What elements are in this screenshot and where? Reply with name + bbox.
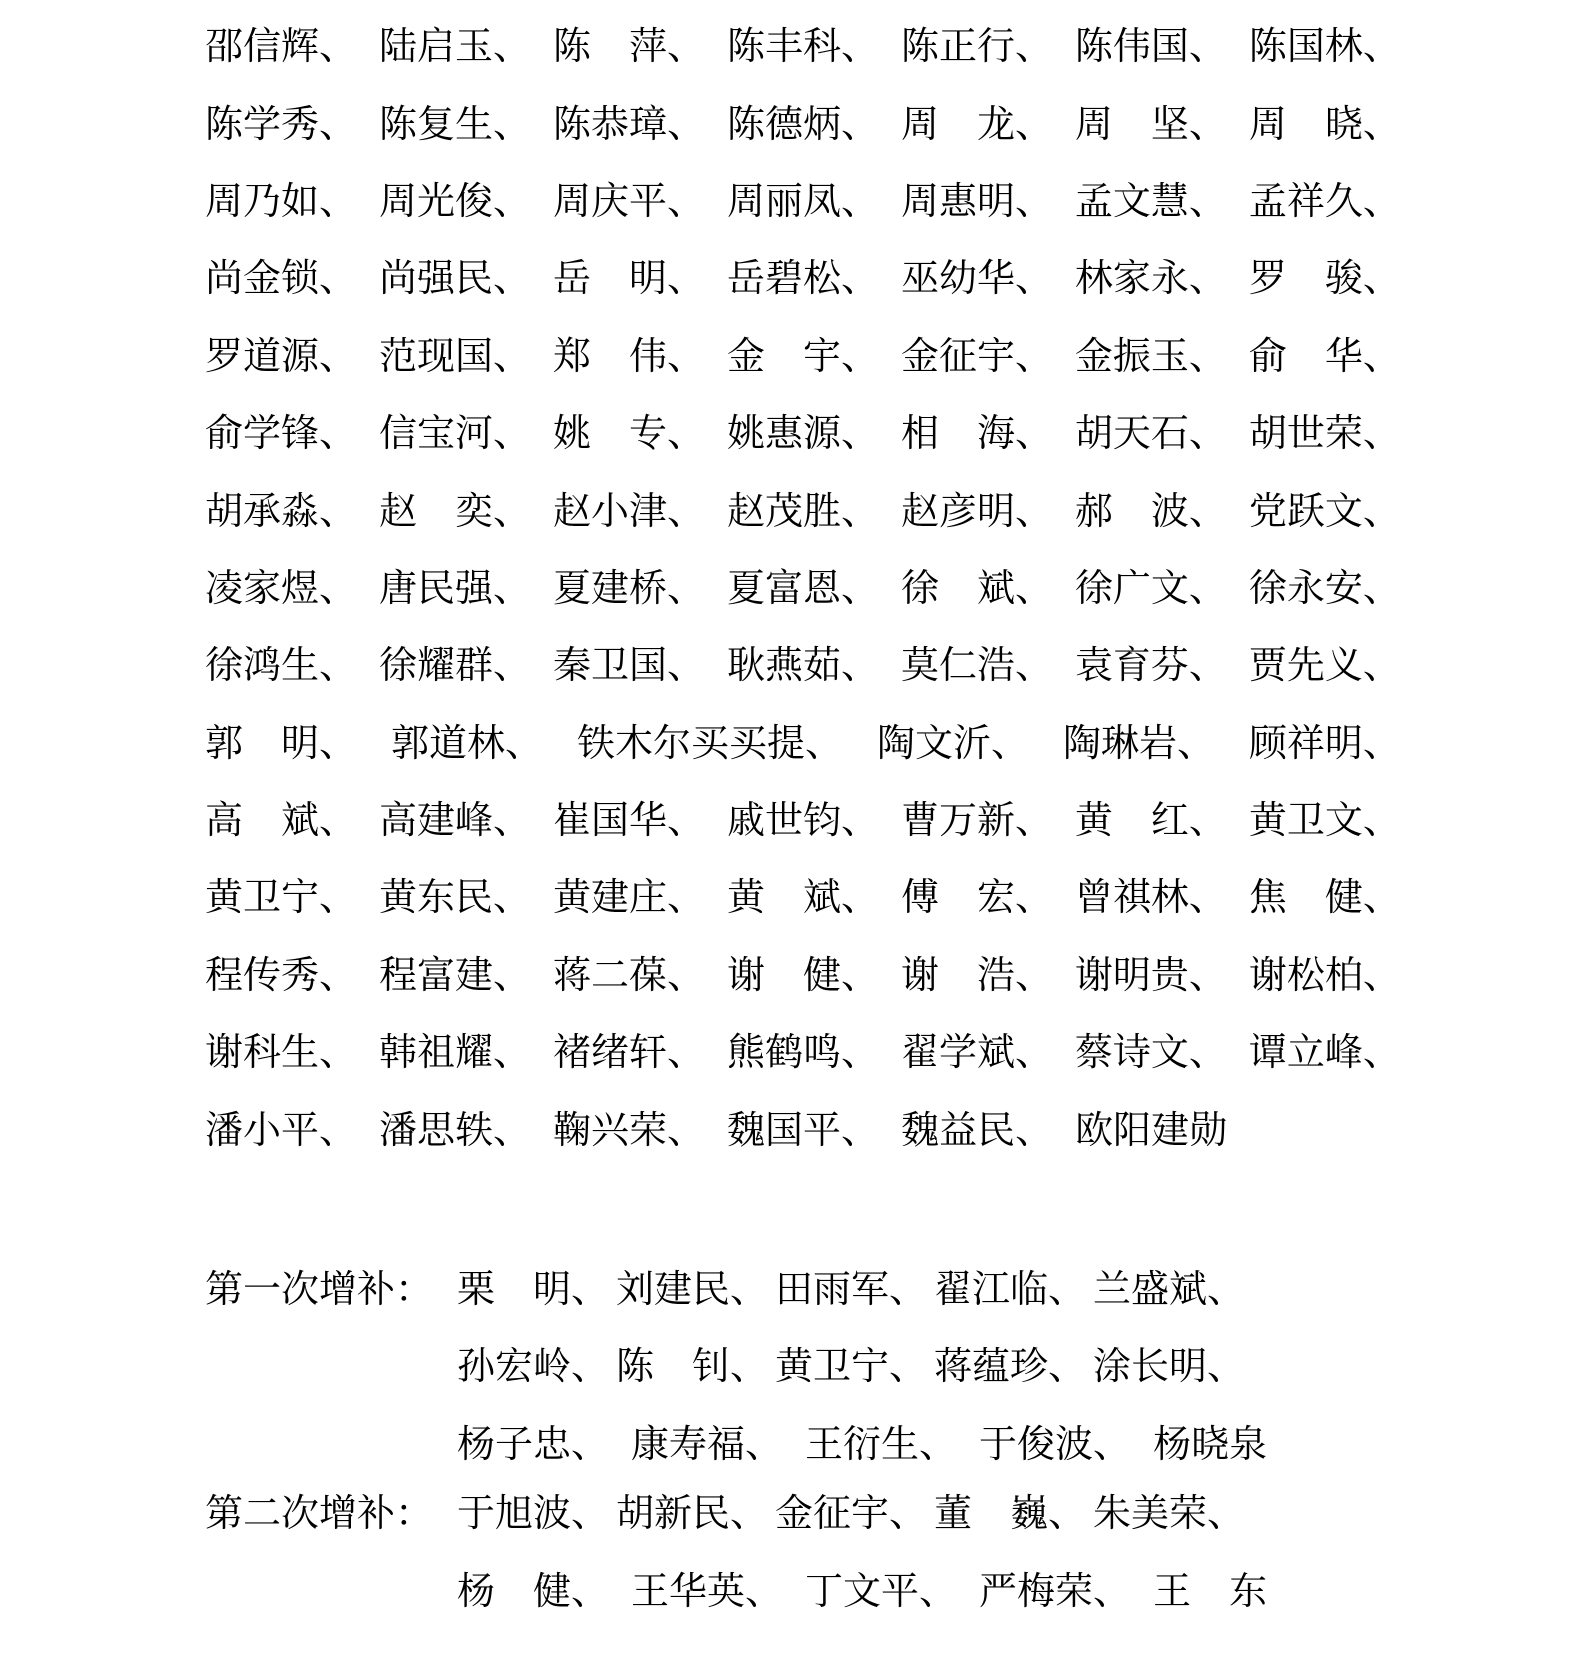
- name-list-line: 郭 明、郭道林、铁木尔买买提、陶文沂、陶琳岩、顾祥明、: [205, 701, 1401, 778]
- name-item: 相 海、: [901, 402, 1053, 457]
- name-item: 朱美荣、: [1093, 1482, 1245, 1537]
- name-item: 黄建庄、: [553, 866, 705, 921]
- name-item: 罗道源、: [205, 325, 357, 380]
- supplement-name-line: 栗 明、刘建民、田雨军、翟江临、兰盛斌、: [457, 1247, 1245, 1324]
- name-item: 翟学斌、: [901, 1021, 1053, 1076]
- name-item: 韩祖耀、: [379, 1021, 531, 1076]
- name-list-line: 程传秀、程富建、蒋二葆、谢 健、谢 浩、谢明贵、谢松柏、: [205, 933, 1401, 1010]
- name-item: 王 东: [1153, 1560, 1267, 1615]
- name-item: 徐 斌、: [901, 557, 1053, 612]
- supplement-name-line: 杨 健、王华英、丁文平、严梅荣、王 东: [457, 1548, 1245, 1625]
- name-item: 戚世钧、: [727, 789, 879, 844]
- expert-name-list: 邵信辉、陆启玉、陈 萍、陈丰科、陈正行、陈伟国、陈国林、 陈学秀、陈复生、陈恭璋…: [205, 4, 1401, 1165]
- name-item: 林家永、: [1075, 247, 1227, 302]
- name-item: 蒋二葆、: [553, 944, 705, 999]
- name-item: 胡天石、: [1075, 402, 1227, 457]
- name-item: 赵 奕、: [379, 480, 531, 535]
- name-item: 周 坚、: [1075, 93, 1227, 148]
- name-item: 岳 明、: [553, 247, 705, 302]
- name-item: 党跃文、: [1249, 480, 1401, 535]
- name-item: 蒋蕴珍、: [934, 1335, 1086, 1390]
- name-item: 焦 健、: [1249, 866, 1401, 921]
- name-item: 杨晓泉: [1153, 1413, 1267, 1468]
- name-item: 陈复生、: [379, 93, 531, 148]
- name-item: 王衍生、: [805, 1413, 957, 1468]
- name-item: 莫仁浩、: [901, 634, 1053, 689]
- name-item: 鞠兴荣、: [553, 1099, 705, 1154]
- name-item: 胡新民、: [616, 1482, 768, 1537]
- name-item: 谭立峰、: [1249, 1021, 1401, 1076]
- name-item: 谢松柏、: [1249, 944, 1401, 999]
- name-item: 岳碧松、: [727, 247, 879, 302]
- name-item: 潘小平、: [205, 1099, 357, 1154]
- name-item: 周乃如、: [205, 170, 357, 225]
- name-item: 郝 波、: [1075, 480, 1227, 535]
- name-item: 高 斌、: [205, 789, 357, 844]
- name-item: 杨 健、: [457, 1560, 609, 1615]
- name-item: 孟文慧、: [1075, 170, 1227, 225]
- name-item: 田雨军、: [775, 1258, 927, 1313]
- name-item: 周庆平、: [553, 170, 705, 225]
- name-item: 严梅荣、: [979, 1560, 1131, 1615]
- name-list-line: 凌家煜、唐民强、夏建桥、夏富恩、徐 斌、徐广文、徐永安、: [205, 546, 1401, 623]
- name-item: 郭道林、: [391, 712, 543, 767]
- name-item: 赵彦明、: [901, 480, 1053, 535]
- name-item: 陈学秀、: [205, 93, 357, 148]
- name-item: 董 巍、: [934, 1482, 1086, 1537]
- name-item: 陈正行、: [901, 15, 1053, 70]
- name-list-line: 尚金锁、尚强民、岳 明、岳碧松、巫幼华、林家永、罗 骏、: [205, 236, 1401, 313]
- name-item: 徐永安、: [1249, 557, 1401, 612]
- name-item: 胡承淼、: [205, 480, 357, 535]
- name-item: 陈 萍、: [553, 15, 705, 70]
- name-item: 夏富恩、: [727, 557, 879, 612]
- name-item: 邵信辉、: [205, 15, 357, 70]
- name-item: 曾祺林、: [1075, 866, 1227, 921]
- name-item: 欧阳建勋: [1075, 1099, 1227, 1154]
- name-item: 程传秀、: [205, 944, 357, 999]
- name-item: 杨子忠、: [457, 1413, 609, 1468]
- name-item: 姚惠源、: [727, 402, 879, 457]
- name-item: 巫幼华、: [901, 247, 1053, 302]
- name-item: 黄卫宁、: [775, 1335, 927, 1390]
- second-supplement-names: 于旭波、胡新民、金征宇、董 巍、朱美荣、 杨 健、王华英、丁文平、严梅荣、王 东: [457, 1471, 1401, 1626]
- name-item: 蔡诗文、: [1075, 1021, 1227, 1076]
- name-item: 陶文沂、: [877, 712, 1029, 767]
- name-item: 尚金锁、: [205, 247, 357, 302]
- name-list-line: 黄卫宁、黄东民、黄建庄、黄 斌、傅 宏、曾祺林、焦 健、: [205, 855, 1401, 932]
- name-item: 赵小津、: [553, 480, 705, 535]
- name-list-line: 俞学锋、信宝河、姚 专、姚惠源、相 海、胡天石、胡世荣、: [205, 391, 1401, 468]
- name-item: 陈德炳、: [727, 93, 879, 148]
- name-item: 尚强民、: [379, 247, 531, 302]
- document-page: 邵信辉、陆启玉、陈 萍、陈丰科、陈正行、陈伟国、陈国林、 陈学秀、陈复生、陈恭璋…: [205, 4, 1401, 1626]
- name-item: 铁木尔买买提、: [577, 712, 843, 767]
- name-item: 凌家煜、: [205, 557, 357, 612]
- name-item: 褚绪轩、: [553, 1021, 705, 1076]
- name-item: 陈 钊、: [616, 1335, 768, 1390]
- supplement-name-line: 杨子忠、康寿福、王衍生、于俊波、杨晓泉: [457, 1402, 1245, 1479]
- name-list-line: 谢科生、韩祖耀、褚绪轩、熊鹤鸣、翟学斌、蔡诗文、谭立峰、: [205, 1010, 1401, 1087]
- name-item: 孙宏岭、: [457, 1335, 609, 1390]
- name-item: 翟江临、: [934, 1258, 1086, 1313]
- name-list-line: 陈学秀、陈复生、陈恭璋、陈德炳、周 龙、周 坚、周 晓、: [205, 81, 1401, 158]
- name-item: 信宝河、: [379, 402, 531, 457]
- name-item: 傅 宏、: [901, 866, 1053, 921]
- name-item: 黄卫文、: [1249, 789, 1401, 844]
- name-item: 耿燕茹、: [727, 634, 879, 689]
- name-item: 涂长明、: [1093, 1335, 1245, 1390]
- name-item: 曹万新、: [901, 789, 1053, 844]
- name-item: 康寿福、: [631, 1413, 783, 1468]
- name-item: 于旭波、: [457, 1482, 609, 1537]
- name-item: 姚 专、: [553, 402, 705, 457]
- name-list-line: 高 斌、高建峰、崔国华、戚世钧、曹万新、黄 红、黄卫文、: [205, 778, 1401, 855]
- name-item: 谢 健、: [727, 944, 879, 999]
- name-item: 夏建桥、: [553, 557, 705, 612]
- name-item: 顾祥明、: [1249, 712, 1401, 767]
- name-list-line: 徐鸿生、徐耀群、秦卫国、耿燕茹、莫仁浩、袁育芬、贾先义、: [205, 623, 1401, 700]
- name-item: 黄 斌、: [727, 866, 879, 921]
- name-item: 唐民强、: [379, 557, 531, 612]
- name-item: 谢明贵、: [1075, 944, 1227, 999]
- name-item: 罗 骏、: [1249, 247, 1401, 302]
- name-item: 周光俊、: [379, 170, 531, 225]
- name-item: 王华英、: [631, 1560, 783, 1615]
- name-item: 秦卫国、: [553, 634, 705, 689]
- name-item: 俞 华、: [1249, 325, 1401, 380]
- name-item: 周 晓、: [1249, 93, 1401, 148]
- name-item: 徐广文、: [1075, 557, 1227, 612]
- name-item: 陈国林、: [1249, 15, 1401, 70]
- name-item: 郑 伟、: [553, 325, 705, 380]
- name-item: 魏益民、: [901, 1099, 1053, 1154]
- name-item: 贾先义、: [1249, 634, 1401, 689]
- name-item: 徐鸿生、: [205, 634, 357, 689]
- name-item: 丁文平、: [805, 1560, 957, 1615]
- name-item: 徐耀群、: [379, 634, 531, 689]
- first-supplement-label: 第一次增补：: [205, 1247, 457, 1324]
- name-item: 陈丰科、: [727, 15, 879, 70]
- first-supplement-names: 栗 明、刘建民、田雨军、翟江临、兰盛斌、 孙宏岭、陈 钊、黄卫宁、蒋蕴珍、涂长明…: [457, 1247, 1401, 1479]
- name-item: 陈恭璋、: [553, 93, 705, 148]
- second-supplement-section: 第二次增补： 于旭波、胡新民、金征宇、董 巍、朱美荣、 杨 健、王华英、丁文平、…: [205, 1471, 1401, 1626]
- name-item: 崔国华、: [553, 789, 705, 844]
- name-list-line: 胡承淼、赵 奕、赵小津、赵茂胜、赵彦明、郝 波、党跃文、: [205, 468, 1401, 545]
- name-item: 高建峰、: [379, 789, 531, 844]
- name-item: 潘思轶、: [379, 1099, 531, 1154]
- name-item: 金振玉、: [1075, 325, 1227, 380]
- name-item: 金征宇、: [775, 1482, 927, 1537]
- first-supplement-section: 第一次增补： 栗 明、刘建民、田雨军、翟江临、兰盛斌、 孙宏岭、陈 钊、黄卫宁、…: [205, 1247, 1401, 1479]
- name-item: 范现国、: [379, 325, 531, 380]
- name-item: 金 宇、: [727, 325, 879, 380]
- name-list-line: 罗道源、范现国、郑 伟、金 宇、金征宇、金振玉、俞 华、: [205, 314, 1401, 391]
- supplement-name-line: 于旭波、胡新民、金征宇、董 巍、朱美荣、: [457, 1471, 1245, 1548]
- name-item: 刘建民、: [616, 1258, 768, 1313]
- name-item: 郭 明、: [205, 712, 357, 767]
- name-item: 赵茂胜、: [727, 480, 879, 535]
- name-item: 黄卫宁、: [205, 866, 357, 921]
- name-item: 于俊波、: [979, 1413, 1131, 1468]
- name-item: 周丽凤、: [727, 170, 879, 225]
- name-item: 陆启玉、: [379, 15, 531, 70]
- name-item: 熊鹤鸣、: [727, 1021, 879, 1076]
- name-list-line: 周乃如、周光俊、周庆平、周丽凤、周惠明、孟文慧、孟祥久、: [205, 159, 1401, 236]
- name-item: 周 龙、: [901, 93, 1053, 148]
- name-item: 魏国平、: [727, 1099, 879, 1154]
- name-item: 谢 浩、: [901, 944, 1053, 999]
- name-item: 金征宇、: [901, 325, 1053, 380]
- name-item: 周惠明、: [901, 170, 1053, 225]
- name-item: 陶琳岩、: [1063, 712, 1215, 767]
- name-list-line: 潘小平、潘思轶、鞠兴荣、魏国平、魏益民、欧阳建勋: [205, 1087, 1401, 1164]
- second-supplement-label: 第二次增补：: [205, 1471, 457, 1548]
- supplement-name-line: 孙宏岭、陈 钊、黄卫宁、蒋蕴珍、涂长明、: [457, 1324, 1245, 1401]
- name-item: 袁育芬、: [1075, 634, 1227, 689]
- name-item: 俞学锋、: [205, 402, 357, 457]
- name-item: 黄东民、: [379, 866, 531, 921]
- name-item: 黄 红、: [1075, 789, 1227, 844]
- name-item: 孟祥久、: [1249, 170, 1401, 225]
- name-item: 陈伟国、: [1075, 15, 1227, 70]
- name-list-line: 邵信辉、陆启玉、陈 萍、陈丰科、陈正行、陈伟国、陈国林、: [205, 4, 1401, 81]
- name-item: 栗 明、: [457, 1258, 609, 1313]
- name-item: 谢科生、: [205, 1021, 357, 1076]
- name-item: 程富建、: [379, 944, 531, 999]
- name-item: 胡世荣、: [1249, 402, 1401, 457]
- name-item: 兰盛斌、: [1093, 1258, 1245, 1313]
